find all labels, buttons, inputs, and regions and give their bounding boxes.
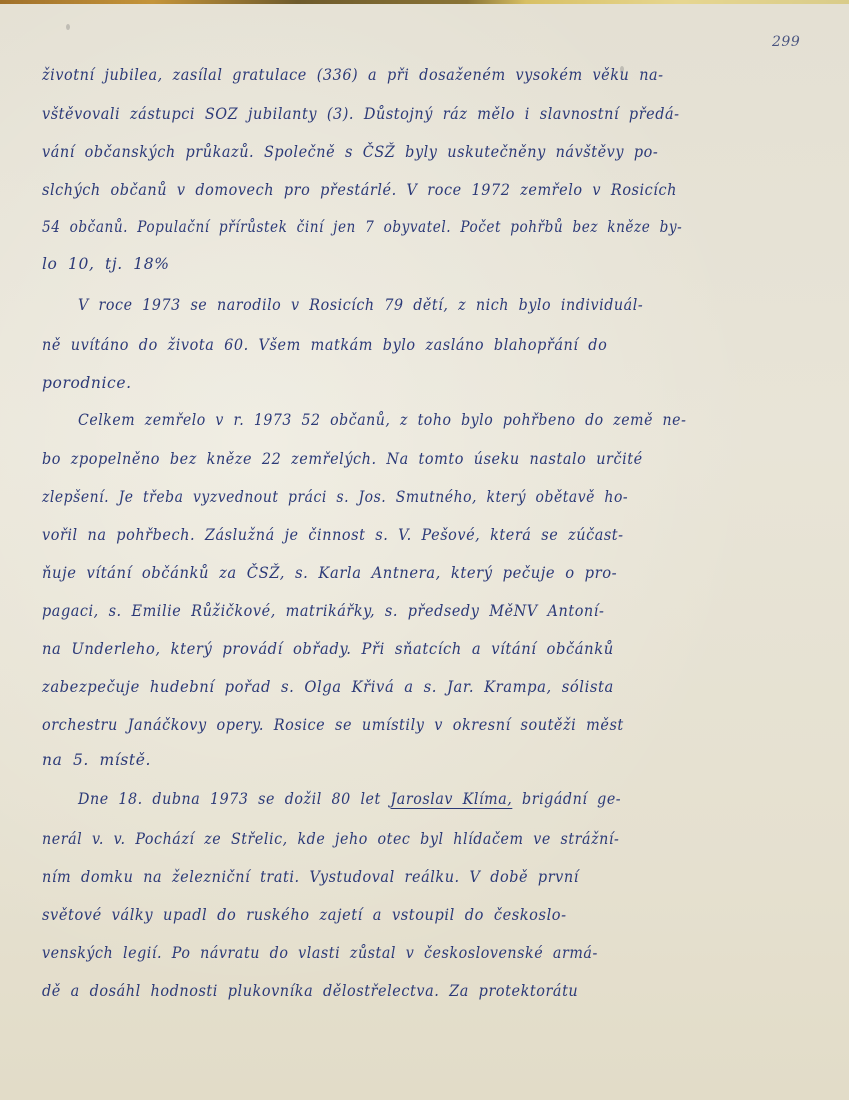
text-line: pagaci, s. Emilie Růžičkové, matrikářky,… <box>42 602 604 620</box>
text-line: ním domku na železniční trati. Vystudova… <box>42 868 579 886</box>
underlined-name: Jaroslav Klíma, <box>391 790 513 808</box>
line-text-before: Dne 18. dubna 1973 se dožil 80 let <box>78 790 391 808</box>
text-line: bo zpopelněno bez kněze 22 zemřelých. Na… <box>42 450 643 468</box>
text-line: ňuje vítání občánků za ČSŽ, s. Karla Ant… <box>42 564 617 582</box>
text-line: porodnice. <box>42 374 132 392</box>
text-line: vštěvovali zástupci SOZ jubilanty (3). D… <box>42 105 680 123</box>
line-text-after: brigádní ge- <box>512 790 621 808</box>
text-line: ně uvítáno do života 60. Všem matkám byl… <box>42 336 607 354</box>
text-line: venských legií. Po návratu do vlasti zůs… <box>42 944 598 962</box>
text-line: na 5. místě. <box>42 751 151 769</box>
page-number: 299 <box>772 34 800 50</box>
text-line: životní jubilea, zasílal gratulace (336)… <box>42 66 664 84</box>
text-line: zabezpečuje hudební pořad s. Olga Křivá … <box>42 678 614 696</box>
text-line: V roce 1973 se narodilo v Rosicích 79 dě… <box>78 296 643 314</box>
paper-speck <box>66 24 70 30</box>
text-line: Celkem zemřelo v r. 1973 52 občanů, z to… <box>78 411 686 429</box>
text-line: na Underleho, který provádí obřady. Při … <box>42 640 614 658</box>
text-line: zlepšení. Je třeba vyzvednout práci s. J… <box>42 488 628 506</box>
text-line: slchých občanů v domovech pro přestárlé.… <box>42 181 677 199</box>
text-line: orchestru Janáčkovy opery. Rosice se umí… <box>42 716 624 734</box>
handwritten-page: 299 životní jubilea, zasílal gratulace (… <box>0 4 849 1100</box>
text-line: světové války upadl do ruského zajetí a … <box>42 906 567 924</box>
text-line: vořil na pohřbech. Záslužná je činnost s… <box>42 526 624 544</box>
text-line: nerál v. v. Pochází ze Střelic, kde jeho… <box>42 830 619 848</box>
text-line: 54 občanů. Populační přírůstek činí jen … <box>42 218 682 236</box>
text-line: vání občanských průkazů. Společně s ČSŽ … <box>42 143 658 161</box>
text-line: lo 10, tj. 18% <box>42 255 170 273</box>
text-line-with-name: Dne 18. dubna 1973 se dožil 80 let Jaros… <box>78 790 621 808</box>
text-line: dě a dosáhl hodnosti plukovníka dělostře… <box>42 982 578 1000</box>
